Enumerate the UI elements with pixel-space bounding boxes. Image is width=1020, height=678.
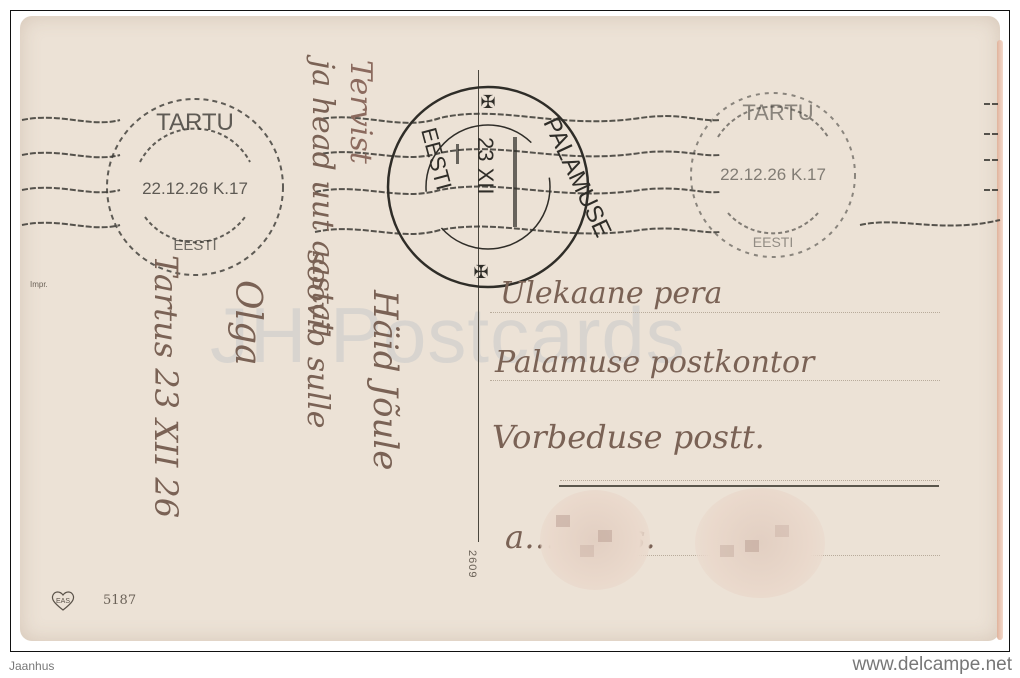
message-line-1: Tervist — [343, 60, 378, 164]
address-line-2: Palamuse postkontor — [495, 345, 814, 380]
svg-text:EESTI: EESTI — [753, 234, 793, 250]
svg-text:22.12.26 K.17: 22.12.26 K.17 — [142, 179, 248, 198]
postmark-right: TARTU 22.12.26 K.17 EESTI — [683, 85, 863, 265]
svg-text:EAS: EAS — [56, 598, 70, 605]
svg-text:TARTU: TARTU — [742, 100, 813, 125]
svg-text:EESTI: EESTI — [173, 237, 216, 254]
message-line-2: Häid Jõule — [365, 290, 405, 470]
footer-site-link[interactable]: www.delcampe.net — [853, 654, 1012, 676]
message-line-4: soovib sulle — [300, 250, 335, 428]
message-line-6: Tartus 23 XII 26 — [147, 255, 185, 518]
footer-seller: Jaanhus — [9, 659, 54, 673]
message-line-5: Olga — [227, 280, 268, 366]
svg-text:EESTI: EESTI — [416, 125, 457, 193]
redaction-blur — [695, 488, 825, 598]
publisher-logo-icon: EAS — [50, 590, 76, 612]
postmark-left: TARTU 22.12.26 K.17 EESTI — [100, 92, 290, 282]
address-line-1: Ulekaane pera — [500, 276, 722, 311]
svg-text:22.12.26 K.17: 22.12.26 K.17 — [720, 165, 826, 184]
svg-text:TARTU: TARTU — [156, 109, 234, 136]
svg-text:23 XII: 23 XII — [473, 137, 498, 194]
postmark-center: PALAMUSE 23 XII EESTI ✠ ✠ — [383, 82, 593, 292]
svg-text:✠: ✠ — [480, 92, 495, 112]
imprint-label: Impr. — [30, 280, 48, 289]
card-number: 5187 — [103, 593, 136, 608]
address-line-3: Vorbeduse postt. — [492, 418, 765, 456]
redaction-blur — [540, 490, 650, 590]
svg-text:✠: ✠ — [473, 262, 488, 282]
